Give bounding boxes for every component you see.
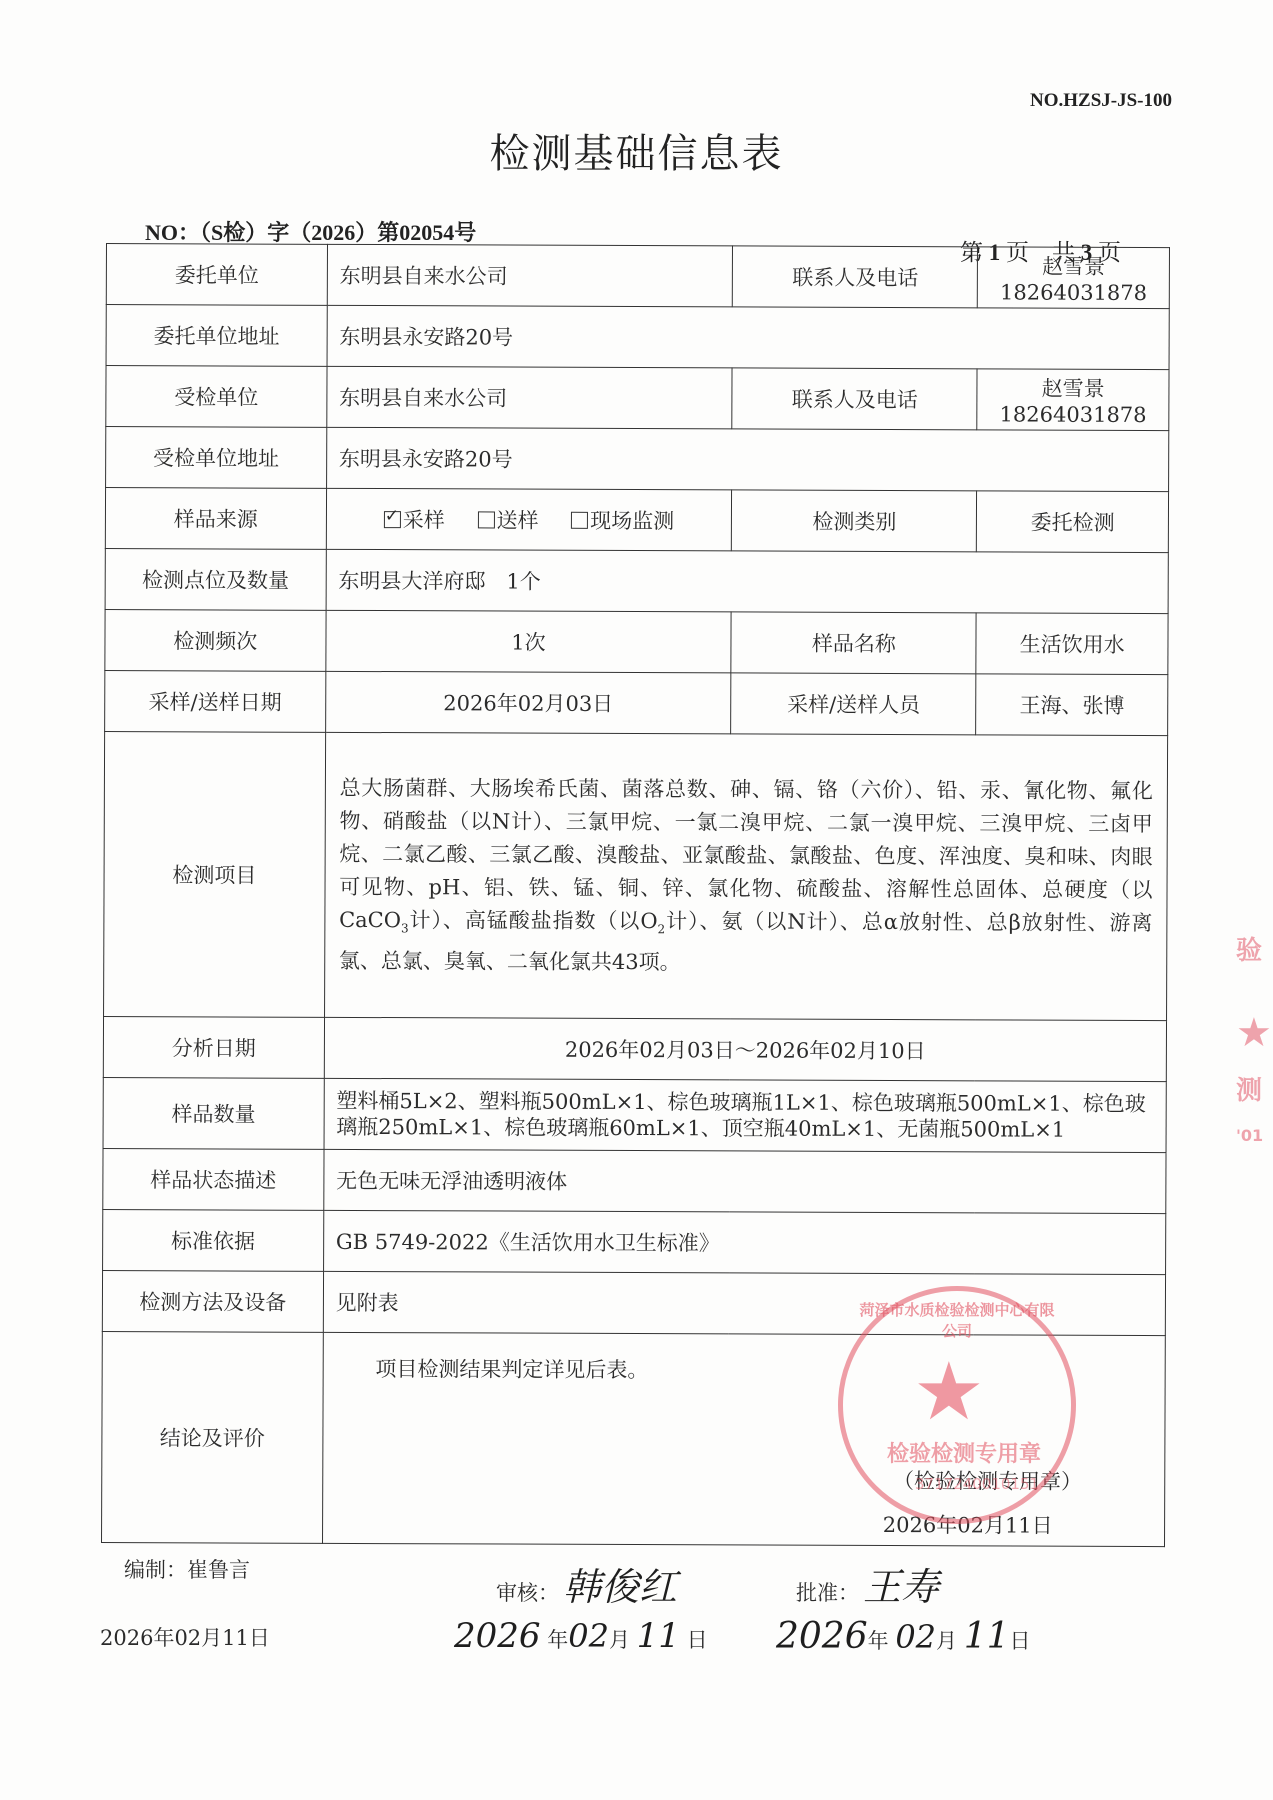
conclusion-value: 项目检测结果判定详见后表。: [375, 1353, 648, 1384]
edge-seal-stamp: 验 ★ 测 '01: [1236, 900, 1273, 1160]
sample-state-label: 样品状态描述: [103, 1148, 324, 1210]
compiler-label: 编制：: [124, 1558, 187, 1582]
inspected-contact-value: 赵雪景 18264031878: [977, 369, 1169, 431]
inspected-address-value: 东明县永安路20号: [326, 427, 1169, 491]
row-client: 委托单位 东明县自来水公司 联系人及电话 赵雪景 18264031878: [106, 244, 1169, 309]
checkbox-checked-icon[interactable]: [384, 511, 401, 528]
reviewer-signature: 审核：韩俊红: [496, 1556, 677, 1611]
sampling-date-value: 2026年02月03日: [325, 671, 731, 734]
sampler-value: 王海、张博: [976, 674, 1168, 736]
client-label: 委托单位: [106, 244, 327, 306]
reviewer-year: 2026: [454, 1616, 541, 1656]
row-frequency: 检测频次 1次 样品名称 生活饮用水: [105, 609, 1168, 674]
test-type-label: 检测类别: [732, 490, 977, 552]
standard-label: 标准依据: [103, 1209, 324, 1271]
reviewer-label: 审核：: [496, 1581, 559, 1605]
row-sample-state: 样品状态描述 无色无味无浮油透明液体: [103, 1148, 1166, 1213]
approver-month: 02: [895, 1618, 936, 1656]
points-label: 检测点位及数量: [105, 548, 326, 610]
year-unit: 年: [868, 1629, 889, 1653]
inspected-address-label: 受检单位地址: [106, 427, 327, 489]
approver-label: 批准：: [796, 1581, 859, 1605]
points-value: 东明县大洋府邸 1个: [326, 549, 1169, 613]
client-address-value: 东明县永安路20号: [327, 305, 1170, 369]
seal-ring-text: 菏泽市水质检验检测中心有限公司: [853, 1299, 1061, 1341]
page-title: 检测基础信息表: [0, 122, 1273, 179]
inspected-label: 受检单位: [106, 366, 327, 428]
test-items-value: 总大肠菌群、大肠埃希氏菌、菌落总数、砷、镉、铬（六价）、铅、汞、氰化物、氟化物、…: [324, 732, 1167, 1020]
row-sample-quantity: 样品数量 塑料桶5L×2、塑料瓶500mL×1、棕色玻璃瓶1L×1、棕色玻璃瓶5…: [103, 1077, 1166, 1152]
month-unit: 月: [609, 1628, 630, 1652]
frequency-value: 1次: [326, 610, 732, 673]
test-items-label: 检测项目: [104, 731, 326, 1017]
reviewer-handwritten-signature: 韩俊红: [563, 1565, 677, 1609]
client-contact-label: 联系人及电话: [733, 246, 978, 308]
client-address-label: 委托单位地址: [106, 305, 327, 367]
sample-source-label: 样品来源: [105, 488, 326, 550]
option-label: 送样: [496, 509, 538, 533]
option-delivered[interactable]: 送样: [477, 508, 538, 532]
day-unit: 日: [687, 1628, 708, 1652]
sample-state-value: 无色无味无浮油透明液体: [324, 1149, 1167, 1213]
compiler-date: 2026年02月11日: [100, 1622, 270, 1652]
option-label: 采样: [403, 508, 445, 532]
row-sample-source: 样品来源 采样 送样 现场监测 检测类别 委托检测: [105, 488, 1168, 553]
approver-handwritten-signature: 王寿: [863, 1565, 939, 1609]
row-inspected: 受检单位 东明县自来水公司 联系人及电话 赵雪景 18264031878: [106, 366, 1169, 431]
row-standard: 标准依据 GB 5749-2022《生活饮用水卫生标准》: [103, 1209, 1166, 1274]
row-points: 检测点位及数量 东明县大洋府邸 1个: [105, 548, 1168, 613]
inspected-value: 东明县自来水公司: [327, 366, 733, 429]
approver-day: 11: [964, 1616, 1010, 1657]
year-unit: 年: [547, 1628, 568, 1652]
test-type-value: 委托检测: [977, 491, 1169, 553]
method-label: 检测方法及设备: [102, 1270, 323, 1332]
edge-seal-char: 测: [1236, 1070, 1262, 1107]
approver-signature: 批准：王寿: [796, 1556, 939, 1611]
items-text-part2: 计）、高锰酸盐指数（以O: [409, 908, 658, 933]
option-sampling[interactable]: 采样: [384, 508, 445, 532]
sample-name-value: 生活饮用水: [976, 613, 1168, 675]
row-inspected-address: 受检单位地址 东明县永安路20号: [106, 427, 1169, 492]
reviewer-day: 11: [637, 1616, 680, 1656]
sampler-label: 采样/送样人员: [731, 673, 976, 735]
seal-code: 3717240010151: [915, 1475, 1039, 1493]
analysis-date-value: 2026年02月03日～2026年02月10日: [324, 1017, 1167, 1081]
sample-source-options: 采样 送样 现场监测: [326, 488, 732, 551]
items-subscript: 2: [658, 922, 666, 936]
checkbox-empty-icon[interactable]: [571, 512, 588, 529]
edge-seal-char: 验: [1236, 930, 1262, 967]
standard-value: GB 5749-2022《生活饮用水卫生标准》: [323, 1210, 1166, 1274]
row-sampling-date: 采样/送样日期 2026年02月03日 采样/送样人员 王海、张博: [105, 670, 1168, 735]
day-unit: 日: [1010, 1629, 1031, 1653]
edge-seal-code: '01: [1236, 1126, 1263, 1145]
edge-star-icon: ★: [1236, 1010, 1272, 1056]
checkbox-empty-icon[interactable]: [477, 511, 494, 528]
option-onsite[interactable]: 现场监测: [571, 509, 674, 533]
document-code: NO.HZSJ-JS-100: [1030, 90, 1172, 112]
sample-quantity-value: 塑料桶5L×2、塑料瓶500mL×1、棕色玻璃瓶1L×1、棕色玻璃瓶500mL×…: [324, 1078, 1167, 1152]
reviewer-date: 2026 年02月 11 日: [454, 1616, 708, 1656]
seal-sub-text: 检验检测专用章: [887, 1437, 1041, 1468]
official-seal-stamp: 菏泽市水质检验检测中心有限公司 ★ 检验检测专用章 3717240010151: [838, 1286, 1076, 1524]
row-analysis-date: 分析日期 2026年02月03日～2026年02月10日: [103, 1016, 1166, 1081]
conclusion-label: 结论及评价: [102, 1331, 324, 1543]
approver-year: 2026: [776, 1616, 868, 1657]
row-client-address: 委托单位地址 东明县永安路20号: [106, 305, 1169, 370]
star-icon: ★: [913, 1345, 985, 1438]
client-contact-value: 赵雪景 18264031878: [978, 247, 1170, 309]
reviewer-month: 02: [568, 1617, 609, 1655]
option-label: 现场监测: [590, 509, 674, 533]
analysis-date-label: 分析日期: [103, 1016, 324, 1078]
client-value: 东明县自来水公司: [327, 244, 733, 307]
row-test-items: 检测项目 总大肠菌群、大肠埃希氏菌、菌落总数、砷、镉、铬（六价）、铅、汞、氰化物…: [104, 731, 1168, 1020]
inspected-contact-label: 联系人及电话: [732, 368, 977, 430]
sampling-date-label: 采样/送样日期: [105, 670, 326, 732]
sample-name-label: 样品名称: [731, 612, 976, 674]
frequency-label: 检测频次: [105, 609, 326, 671]
compiler-name: 崔鲁言: [187, 1558, 250, 1582]
month-unit: 月: [936, 1629, 957, 1653]
compiler-signature: 编制：崔鲁言: [124, 1554, 250, 1584]
approver-date: 2026年 02月 11日: [776, 1616, 1031, 1657]
sample-quantity-label: 样品数量: [103, 1077, 324, 1149]
